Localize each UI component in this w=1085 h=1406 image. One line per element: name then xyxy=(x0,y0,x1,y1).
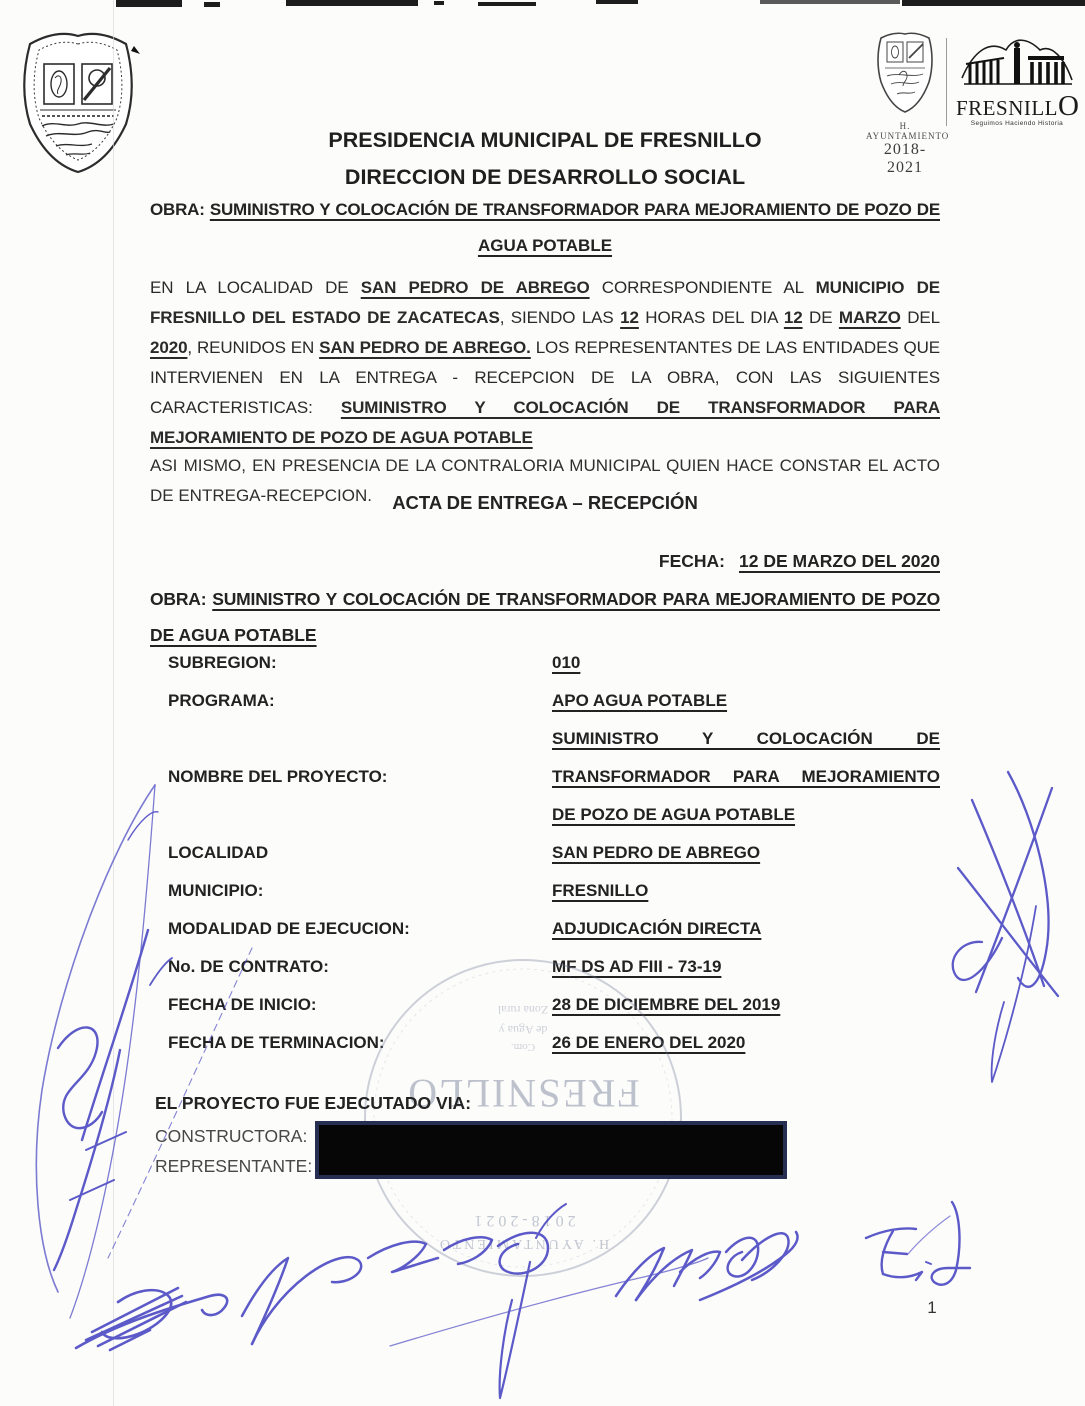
page-number: 1 xyxy=(912,1298,952,1318)
fresnillo-logo-graphic xyxy=(956,34,1078,90)
scan-artifact xyxy=(596,0,638,4)
svg-text:de Agua y: de Agua y xyxy=(499,1023,548,1037)
field-value: FRESNILLO xyxy=(552,881,648,900)
scan-artifact xyxy=(760,0,900,4)
field-row-municipio: MUNICIPIO: FRESNILLO xyxy=(168,878,940,903)
field-value: SAN PEDRO DE ABREGO xyxy=(552,843,760,862)
signature-initials-ej xyxy=(866,1202,970,1285)
fresnillo-logo-tagline: Seguimos Haciendo Historia xyxy=(956,120,1078,127)
constructora-label: CONSTRUCTORA: xyxy=(155,1126,307,1147)
intro-paragraph: EN LA LOCALIDAD DE SAN PEDRO DE ABREGO C… xyxy=(150,273,940,453)
field-value: 010 xyxy=(552,653,580,672)
field-row-modalidad: MODALIDAD DE EJECUCION: ADJUDICACIÓN DIR… xyxy=(168,916,940,941)
ejecutado-via-label: EL PROYECTO FUE EJECUTADO VIA: xyxy=(155,1093,471,1114)
scan-artifact xyxy=(902,0,1085,6)
field-value: SUMINISTRO Y COLOCACIÓN DE TRANSFORMADOR… xyxy=(552,726,940,827)
fecha-row: FECHA:12 DE MARZO DEL 2020 xyxy=(150,551,940,572)
field-label: LOCALIDAD xyxy=(168,840,552,865)
svg-text:Com.: Com. xyxy=(511,1041,535,1053)
logo-divider xyxy=(946,38,947,126)
field-label: MUNICIPIO: xyxy=(168,878,552,903)
field-label: MODALIDAD DE EJECUCION: xyxy=(168,916,552,941)
obra2-label: OBRA: xyxy=(150,589,206,609)
field-label: NOMBRE DEL PROYECTO: xyxy=(168,764,552,789)
signature-right xyxy=(953,772,1058,1082)
scan-artifact xyxy=(204,2,220,7)
field-row-nombre-proyecto: NOMBRE DEL PROYECTO: SUMINISTRO Y COLOCA… xyxy=(168,726,940,827)
signature-bottom-left xyxy=(76,1288,227,1350)
representante-label: REPRESENTANTE: xyxy=(155,1156,312,1177)
scan-artifact xyxy=(434,1,444,5)
field-value: ADJUDICACIÓN DIRECTA xyxy=(552,919,761,938)
document-title: PRESIDENCIA MUNICIPAL DE FRESNILLO xyxy=(150,128,940,153)
scan-fold-line xyxy=(113,0,114,1406)
svg-text:2018-2021: 2018-2021 xyxy=(470,1212,575,1229)
redaction-box xyxy=(315,1121,787,1179)
fecha-label: FECHA: xyxy=(659,551,725,571)
municipal-crest-icon xyxy=(14,28,142,181)
field-row-subregion: SUBREGION: 010 xyxy=(168,650,940,675)
obra2-line2: DE AGUA POTABLE xyxy=(150,625,940,646)
document-subtitle: DIRECCION DE DESARROLLO SOCIAL xyxy=(150,165,940,190)
obra-header-line1: OBRA: SUMINISTRO Y COLOCACIÓN DE TRANSFO… xyxy=(150,200,940,220)
fresnillo-logo-text: FRESNILLO xyxy=(956,95,1078,119)
field-row-localidad: LOCALIDAD SAN PEDRO DE ABREGO xyxy=(168,840,940,865)
svg-text:Zona rural: Zona rural xyxy=(497,1003,548,1017)
fecha-value: 12 DE MARZO DEL 2020 xyxy=(739,551,940,571)
field-label: SUBREGION: xyxy=(168,650,552,675)
scan-artifact xyxy=(286,0,418,6)
obra2-text: SUMINISTRO Y COLOCACIÓN DE TRANSFORMADOR… xyxy=(212,589,940,609)
scan-artifact xyxy=(478,2,536,6)
obra-label: OBRA: xyxy=(150,200,205,219)
fresnillo-logo: FRESNILLO Seguimos Haciendo Historia xyxy=(956,34,1078,127)
field-value: APO AGUA POTABLE xyxy=(552,691,727,710)
official-stamp: H. AYUNTAMIENTO 2018-2021 FRESNILLO Com.… xyxy=(353,948,693,1288)
scan-artifact xyxy=(116,0,182,7)
ayuntamiento-crest-icon: H. AYUNTAMIENTO 2018-2021 xyxy=(866,30,944,177)
acta-title: ACTA DE ENTREGA – RECEPCIÓN xyxy=(150,492,940,514)
document-page: H. AYUNTAMIENTO 2018-2021 FRESNILLO Segu xyxy=(0,0,1085,1406)
obra-header-line2: AGUA POTABLE xyxy=(150,236,940,256)
obra-text: SUMINISTRO Y COLOCACIÓN DE TRANSFORMADOR… xyxy=(210,200,940,219)
svg-text:H. AYUNTAMIENTO: H. AYUNTAMIENTO xyxy=(437,1236,609,1251)
obra2-line1: OBRA: SUMINISTRO Y COLOCACIÓN DE TRANSFO… xyxy=(150,589,940,610)
field-row-programa: PROGRAMA: APO AGUA POTABLE xyxy=(168,688,940,713)
field-label: PROGRAMA: xyxy=(168,688,552,713)
